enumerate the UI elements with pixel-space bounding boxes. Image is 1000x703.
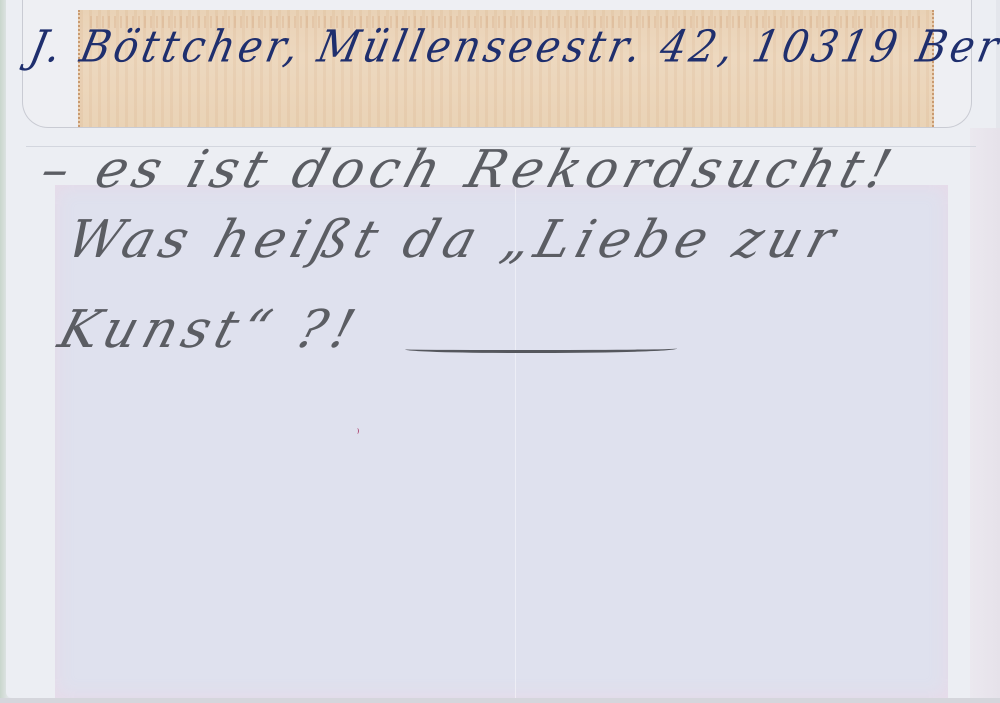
sender-address: J. Böttcher, Müllenseestr. 42, 10319 Ber… <box>25 22 1000 73</box>
pencil-underline-stroke <box>405 344 677 353</box>
scanner-bottom-edge <box>0 698 1000 703</box>
ink-speck <box>355 428 359 434</box>
envelope-scan: J. Böttcher, Müllenseestr. 42, 10319 Ber… <box>0 0 1000 703</box>
envelope-right-margin <box>970 128 1000 703</box>
handwritten-note-line-3: Kunst“ ?! <box>52 300 367 360</box>
handwritten-note-line-1: – es ist doch Rekordsucht! <box>34 140 904 200</box>
handwritten-note-line-2: Was heißt da „Liebe zur <box>60 210 847 270</box>
